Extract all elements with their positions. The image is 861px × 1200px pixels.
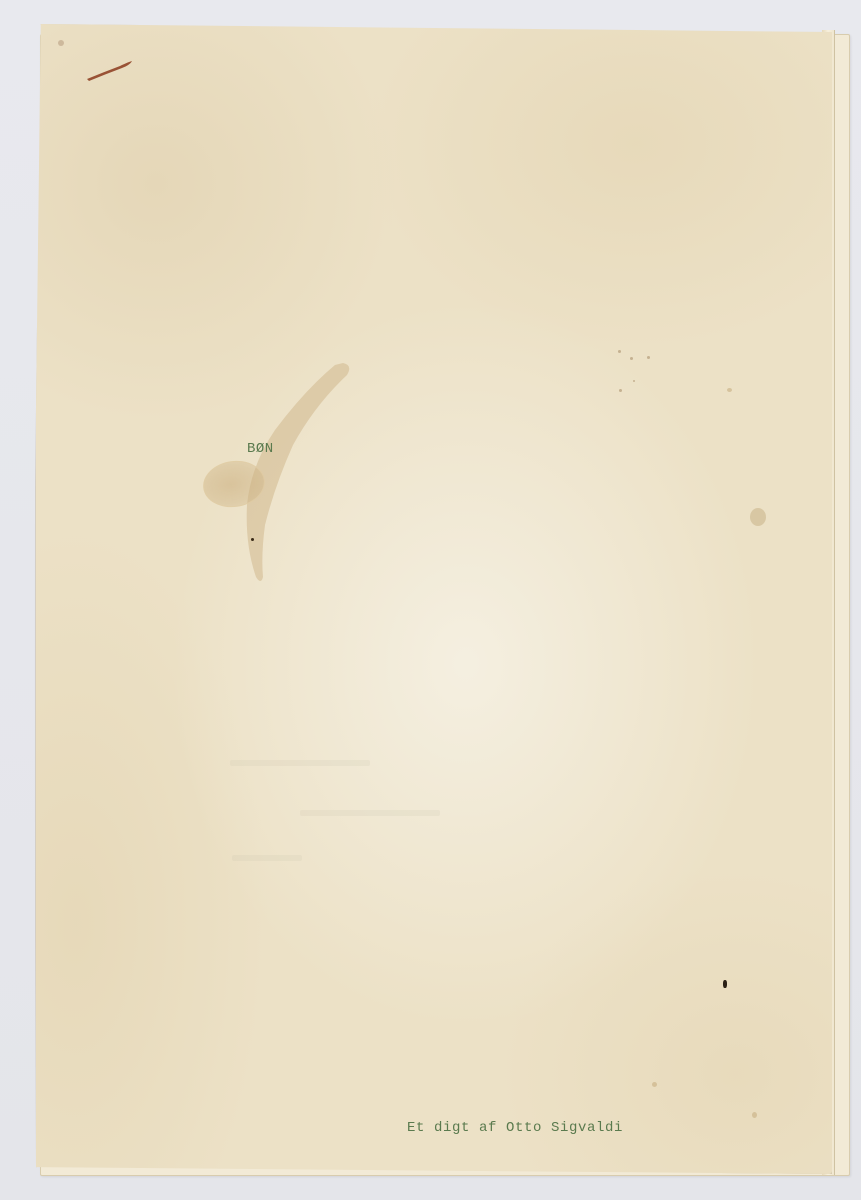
ink-blot bbox=[723, 980, 727, 988]
bleed-through-line bbox=[232, 855, 302, 861]
bleed-through-line bbox=[300, 810, 440, 816]
poem-title: BØN bbox=[247, 441, 274, 457]
speckle bbox=[633, 380, 635, 382]
bleed-through-line bbox=[230, 760, 370, 766]
author-byline: Et digt af Otto Sigvaldi bbox=[407, 1120, 623, 1136]
document-page bbox=[36, 24, 832, 1174]
speckle bbox=[618, 350, 621, 353]
stain-spot-right bbox=[750, 508, 766, 526]
speckle bbox=[752, 1112, 757, 1118]
small-stain-dot bbox=[58, 40, 64, 46]
speckle bbox=[727, 388, 732, 392]
speckle bbox=[647, 356, 650, 359]
speckle bbox=[619, 389, 622, 392]
speckle bbox=[630, 357, 633, 360]
red-pencil-mark bbox=[84, 58, 136, 82]
speckle bbox=[652, 1082, 657, 1087]
small-ink-speck bbox=[251, 538, 254, 541]
